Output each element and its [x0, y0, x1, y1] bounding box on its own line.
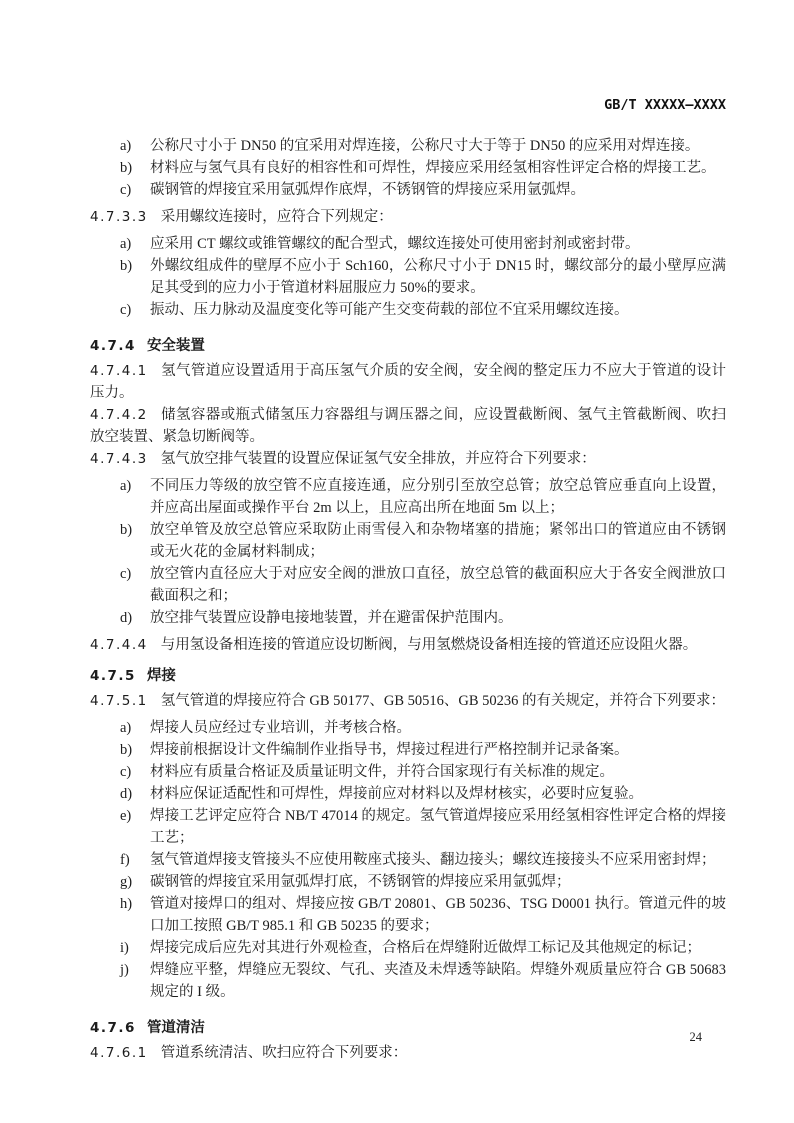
list-item: b)放空单管及放空总管应采取防止雨雪侵入和杂物堵塞的措施；紧邻出口的管道应由不锈… — [120, 519, 726, 563]
list-marker: d) — [120, 783, 150, 805]
list-item-text: 振动、压力脉动及温度变化等可能产生交变荷载的部位不宜采用螺纹连接。 — [150, 299, 726, 321]
list-marker: a) — [120, 475, 150, 497]
list-marker: f) — [120, 849, 150, 871]
list-item-text: 焊接完成后应先对其进行外观检查，合格后在焊缝附近做焊工标记及其他规定的标记； — [150, 937, 726, 959]
list-item: d)材料应保证适配性和可焊性，焊接前应对材料以及焊材核实，必要时应复验。 — [120, 783, 726, 805]
heading-number: 4.7.5 — [90, 668, 136, 684]
heading-title: 安全装置 — [147, 338, 205, 354]
list-marker: c) — [120, 299, 150, 321]
clause-paragraph: 4.7.4.4与用氢设备相连接的管道应设切断阀，与用氢燃烧设备相连接的管道还应设… — [90, 634, 726, 656]
list-item: b)焊接前根据设计文件编制作业指导书，焊接过程进行严格控制并记录备案。 — [120, 739, 726, 761]
ordered-list: a)公称尺寸小于 DN50 的宜采用对焊连接，公称尺寸大于等于 DN50 的应采… — [90, 135, 726, 201]
clause-number: 4.7.5.1 — [90, 693, 148, 709]
list-marker: i) — [120, 937, 150, 959]
clause-paragraph: 4.7.6.1管道系统清洁、吹扫应符合下列要求： — [90, 1042, 726, 1064]
list-item-text: 材料应保证适配性和可焊性，焊接前应对材料以及焊材核实，必要时应复验。 — [150, 783, 726, 805]
list-marker: b) — [120, 739, 150, 761]
list-marker: g) — [120, 871, 150, 893]
list-marker: d) — [120, 607, 150, 629]
clause-number: 4.7.4.1 — [90, 363, 148, 379]
clause-number: 4.7.6.1 — [90, 1045, 148, 1061]
list-marker: b) — [120, 157, 150, 179]
list-item: f)氢气管道焊接支管接头不应使用鞍座式接头、翻边接头；螺纹连接接头不应采用密封焊… — [120, 849, 726, 871]
list-marker: a) — [120, 717, 150, 739]
clause-paragraph: 4.7.4.1氢气管道应设置适用于高压氢气介质的安全阀，安全阀的整定压力不应大于… — [90, 360, 726, 404]
list-marker: h) — [120, 893, 150, 915]
list-item-text: 焊接人员应经过专业培训，并考核合格。 — [150, 717, 726, 739]
list-item: a)不同压力等级的放空管不应直接连通，应分别引至放空总管；放空总管应垂直向上设置… — [120, 475, 726, 519]
section-heading: 4.7.4安全装置 — [90, 335, 726, 357]
clause-number: 4.7.4.4 — [90, 637, 148, 653]
list-item: b)材料应与氢气具有良好的相容性和可焊性，焊接应采用经氢相容性评定合格的焊接工艺… — [120, 157, 726, 179]
list-marker: a) — [120, 233, 150, 255]
heading-number: 4.7.4 — [90, 338, 136, 354]
list-item: c)碳钢管的焊接宜采用氩弧焊作底焊，不锈钢管的焊接应采用氩弧焊。 — [120, 179, 726, 201]
clause-text: 与用氢设备相连接的管道应设切断阀，与用氢燃烧设备相连接的管道还应设阻火器。 — [161, 637, 698, 653]
clause-text: 管道系统清洁、吹扫应符合下列要求： — [161, 1045, 408, 1061]
clause-paragraph: 4.7.3.3采用螺纹连接时，应符合下列规定： — [90, 206, 726, 228]
standard-code: GB/T XXXXX—XXXX — [604, 97, 726, 113]
clause-text: 采用螺纹连接时，应符合下列规定： — [161, 209, 393, 225]
clause-number: 4.7.3.3 — [90, 209, 148, 225]
list-item-text: 材料应与氢气具有良好的相容性和可焊性，焊接应采用经氢相容性评定合格的焊接工艺。 — [150, 157, 726, 179]
list-item: a)公称尺寸小于 DN50 的宜采用对焊连接，公称尺寸大于等于 DN50 的应采… — [120, 135, 726, 157]
page-header: GB/T XXXXX—XXXX — [90, 96, 726, 114]
list-item: g)碳钢管的焊接宜采用氩弧焊打底，不锈钢管的焊接应采用氩弧焊； — [120, 871, 726, 893]
list-marker: b) — [120, 255, 150, 277]
list-item-text: 公称尺寸小于 DN50 的宜采用对焊连接，公称尺寸大于等于 DN50 的应采用对… — [150, 135, 726, 157]
list-item-text: 焊缝应平整，焊缝应无裂纹、气孔、夹渣及未焊透等缺陷。焊缝外观质量应符合 GB 5… — [150, 959, 726, 1003]
list-item: i)焊接完成后应先对其进行外观检查，合格后在焊缝附近做焊工标记及其他规定的标记； — [120, 937, 726, 959]
clause-number: 4.7.4.3 — [90, 451, 148, 467]
clause-text: 氢气管道的焊接应符合 GB 50177、GB 50516、GB 50236 的有… — [161, 693, 725, 709]
list-item-text: 氢气管道焊接支管接头不应使用鞍座式接头、翻边接头；螺纹连接接头不应采用密封焊； — [150, 849, 726, 871]
document-body: a)公称尺寸小于 DN50 的宜采用对焊连接，公称尺寸大于等于 DN50 的应采… — [90, 130, 726, 1064]
list-item-text: 碳钢管的焊接宜采用氩弧焊打底，不锈钢管的焊接应采用氩弧焊； — [150, 871, 726, 893]
list-item-text: 碳钢管的焊接宜采用氩弧焊作底焊，不锈钢管的焊接应采用氩弧焊。 — [150, 179, 726, 201]
list-marker: e) — [120, 805, 150, 827]
clause-paragraph: 4.7.4.2储氢容器或瓶式储氢压力容器组与调压器之间，应设置截断阀、氢气主管截… — [90, 404, 726, 448]
heading-title: 焊接 — [147, 668, 176, 684]
list-marker: j) — [120, 959, 150, 981]
list-item-text: 应采用 CT 螺纹或锥管螺纹的配合型式，螺纹连接处可使用密封剂或密封带。 — [150, 233, 726, 255]
list-marker: c) — [120, 563, 150, 585]
list-item-text: 放空排气装置应设静电接地装置，并在避雷保护范围内。 — [150, 607, 726, 629]
list-item-text: 焊接前根据设计文件编制作业指导书，焊接过程进行严格控制并记录备案。 — [150, 739, 726, 761]
list-item-text: 材料应有质量合格证及质量证明文件，并符合国家现行有关标准的规定。 — [150, 761, 726, 783]
list-item-text: 不同压力等级的放空管不应直接连通，应分别引至放空总管；放空总管应垂直向上设置，并… — [150, 475, 726, 519]
section-heading: 4.7.6管道清洁 — [90, 1017, 726, 1039]
list-item: j)焊缝应平整，焊缝应无裂纹、气孔、夹渣及未焊透等缺陷。焊缝外观质量应符合 GB… — [120, 959, 726, 1003]
clause-paragraph: 4.7.4.3氢气放空排气装置的设置应保证氢气安全排放，并应符合下列要求： — [90, 448, 726, 470]
list-marker: c) — [120, 179, 150, 201]
clause-text: 储氢容器或瓶式储氢压力容器组与调压器之间，应设置截断阀、氢气主管截断阀、吹扫放空… — [90, 407, 726, 445]
page-footer: 24 — [690, 1030, 703, 1045]
document-page: GB/T XXXXX—XXXX a)公称尺寸小于 DN50 的宜采用对焊连接，公… — [0, 0, 794, 1123]
list-item: d)放空排气装置应设静电接地装置，并在避雷保护范围内。 — [120, 607, 726, 629]
list-item-text: 放空管内直径应大于对应安全阀的泄放口直径，放空总管的截面积应大于各安全阀泄放口截… — [150, 563, 726, 607]
clause-paragraph: 4.7.5.1氢气管道的焊接应符合 GB 50177、GB 50516、GB 5… — [90, 690, 726, 712]
list-item-text: 放空单管及放空总管应采取防止雨雪侵入和杂物堵塞的措施；紧邻出口的管道应由不锈钢或… — [150, 519, 726, 563]
list-item-text: 焊接工艺评定应符合 NB/T 47014 的规定。氢气管道焊接应采用经氢相容性评… — [150, 805, 726, 849]
list-marker: a) — [120, 135, 150, 157]
page-number: 24 — [690, 1030, 703, 1044]
ordered-list: a)不同压力等级的放空管不应直接连通，应分别引至放空总管；放空总管应垂直向上设置… — [90, 475, 726, 629]
list-item: a)应采用 CT 螺纹或锥管螺纹的配合型式，螺纹连接处可使用密封剂或密封带。 — [120, 233, 726, 255]
section-heading: 4.7.5焊接 — [90, 665, 726, 687]
list-item: e)焊接工艺评定应符合 NB/T 47014 的规定。氢气管道焊接应采用经氢相容… — [120, 805, 726, 849]
heading-number: 4.7.6 — [90, 1020, 136, 1036]
clause-text: 氢气放空排气装置的设置应保证氢气安全排放，并应符合下列要求： — [161, 451, 596, 467]
list-item-text: 管道对接焊口的组对、焊接应按 GB/T 20801、GB 50236、TSG D… — [150, 893, 726, 937]
list-item: a)焊接人员应经过专业培训，并考核合格。 — [120, 717, 726, 739]
ordered-list: a)焊接人员应经过专业培训，并考核合格。b)焊接前根据设计文件编制作业指导书，焊… — [90, 717, 726, 1003]
list-marker: b) — [120, 519, 150, 541]
list-item-text: 外螺纹组成件的壁厚不应小于 Sch160，公称尺寸小于 DN15 时，螺纹部分的… — [150, 255, 726, 299]
list-item: c)材料应有质量合格证及质量证明文件，并符合国家现行有关标准的规定。 — [120, 761, 726, 783]
heading-title: 管道清洁 — [147, 1020, 205, 1036]
clause-number: 4.7.4.2 — [90, 407, 148, 423]
clause-text: 氢气管道应设置适用于高压氢气介质的安全阀，安全阀的整定压力不应大于管道的设计压力… — [90, 363, 726, 401]
ordered-list: a)应采用 CT 螺纹或锥管螺纹的配合型式，螺纹连接处可使用密封剂或密封带。b)… — [90, 233, 726, 321]
list-item: c)振动、压力脉动及温度变化等可能产生交变荷载的部位不宜采用螺纹连接。 — [120, 299, 726, 321]
list-item: b)外螺纹组成件的壁厚不应小于 Sch160，公称尺寸小于 DN15 时，螺纹部… — [120, 255, 726, 299]
list-item: c)放空管内直径应大于对应安全阀的泄放口直径，放空总管的截面积应大于各安全阀泄放… — [120, 563, 726, 607]
list-marker: c) — [120, 761, 150, 783]
list-item: h)管道对接焊口的组对、焊接应按 GB/T 20801、GB 50236、TSG… — [120, 893, 726, 937]
